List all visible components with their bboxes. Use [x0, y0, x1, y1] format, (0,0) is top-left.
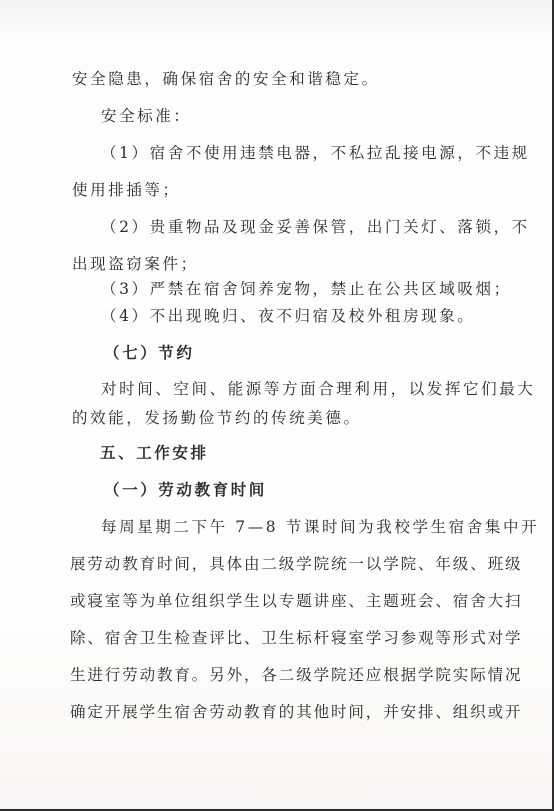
- paragraph-line: 或寝室等为单位组织学生以专题讲座、主题班会、宿舍大扫: [70, 591, 522, 611]
- paragraph-line: 安全标准：: [101, 106, 192, 126]
- section-heading: （七）节约: [104, 343, 195, 363]
- paragraph-line: 除、宿舍卫生检查评比、卫生标杆寝室学习参观等形式对学: [70, 628, 522, 648]
- list-item: （3）严禁在宿舍饲养宠物，禁止在公共区域吸烟；: [101, 279, 512, 299]
- paragraph-line: 生进行劳动教育。另外，各二级学院还应根据学院实际情况: [70, 665, 522, 685]
- list-item: （1）宿舍不使用违禁电器，不私拉乱接电源，不违规: [101, 143, 530, 163]
- paragraph-line: 出现盗窃案件；: [72, 254, 199, 274]
- paragraph-line: 每周星期二下午 7—8 节课时间为我校学生宿舍集中开: [101, 517, 539, 537]
- paragraph-line: 安全隐患，确保宿舍的安全和谐稳定。: [72, 69, 380, 89]
- paragraph-line: 对时间、空间、能源等方面合理利用，以发挥它们最大: [101, 379, 535, 399]
- paragraph-line: 使用排插等；: [72, 180, 181, 200]
- paragraph-line: 展劳动教育时间，具体由二级学院统一以学院、年级、班级: [70, 554, 522, 574]
- list-item: （4）不出现晚归、夜不归宿及校外租房现象。: [101, 306, 475, 326]
- document-page: 安全隐患，确保宿舍的安全和谐稳定。 安全标准： （1）宿舍不使用违禁电器，不私拉…: [0, 0, 554, 811]
- paragraph-line: 的效能，发扬勤俭节约的传统美德。: [72, 408, 362, 428]
- section-heading: 五、工作安排: [100, 443, 209, 463]
- list-item: （2）贵重物品及现金妥善保管，出门关灯、落锁，不: [101, 217, 530, 237]
- subsection-heading: （一）劳动教育时间: [104, 480, 267, 500]
- paragraph-line: 确定开展学生宿舍劳动教育的其他时间，并安排、组织或开: [70, 702, 522, 722]
